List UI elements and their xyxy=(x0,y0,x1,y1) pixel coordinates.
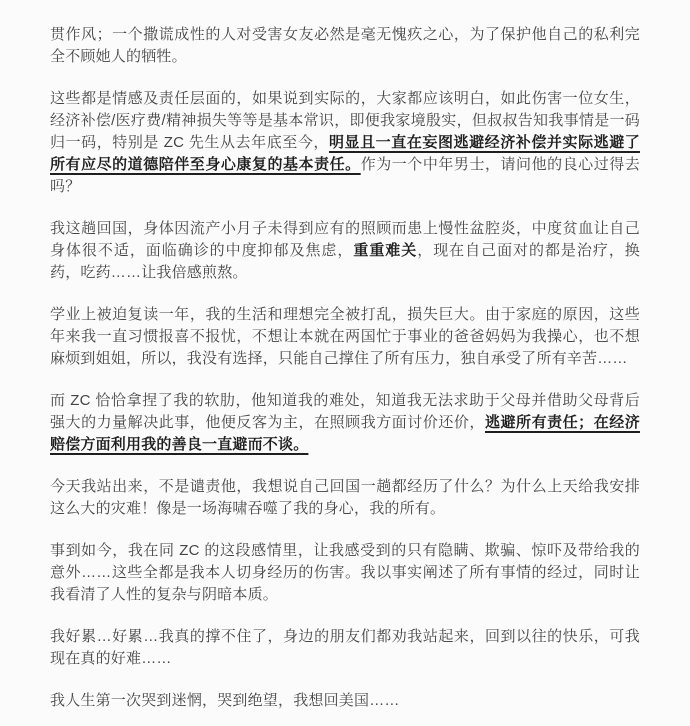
article-page: 贯作风；一个撒谎成性的人对受害女友必然是毫无愧疚之心，为了保护他自己的私利完全不… xyxy=(0,0,690,726)
text-run: 今天我站出来，不是谴责他，我想说自己回国一趟都经历了什么？为什么上天给我安排这么… xyxy=(50,478,640,517)
paragraph-4: 学业上被迫复读一年，我的生活和理想完全被打乱，损失巨大。由于家庭的原因，这些年来… xyxy=(50,304,640,370)
text-run: 学业上被迫复读一年，我的生活和理想完全被打乱，损失巨大。由于家庭的原因，这些年来… xyxy=(50,306,640,367)
paragraph-2: 这些都是情感及责任层面的，如果说到实际的，大家都应该明白，如此伤害一位女生，经济… xyxy=(50,88,640,198)
paragraph-8: 我好累…好累…我真的撑不住了，身边的朋友们都劝我站起来，回到以往的快乐，可我现在… xyxy=(50,626,640,670)
paragraph-9: 我人生第一次哭到迷惘，哭到绝望，我想回美国…… xyxy=(50,690,640,712)
text-run: 重重难关 xyxy=(353,242,417,259)
paragraph-7: 事到如今，我在同 ZC 的这段感情里，让我感受到的只有隐瞒、欺骗、惊吓及带给我的… xyxy=(50,540,640,606)
paragraph-3: 我这趟回国，身体因流产小月子未得到应有的照顾而患上慢性盆腔炎，中度贫血让自己身体… xyxy=(50,218,640,284)
paragraph-5: 而 ZC 恰恰拿捏了我的软肋，他知道我的难处，知道我无法求助于父母并借助父母背后… xyxy=(50,390,640,456)
text-run: 我好累…好累…我真的撑不住了，身边的朋友们都劝我站起来，回到以往的快乐，可我现在… xyxy=(50,628,640,667)
paragraph-1: 贯作风；一个撒谎成性的人对受害女友必然是毫无愧疚之心，为了保护他自己的私利完全不… xyxy=(50,24,640,68)
paragraph-6: 今天我站出来，不是谴责他，我想说自己回国一趟都经历了什么？为什么上天给我安排这么… xyxy=(50,476,640,520)
text-run: 事到如今，我在同 ZC 的这段感情里，让我感受到的只有隐瞒、欺骗、惊吓及带给我的… xyxy=(50,542,640,603)
text-run: 我人生第一次哭到迷惘，哭到绝望，我想回美国…… xyxy=(50,692,400,709)
text-run: 贯作风；一个撒谎成性的人对受害女友必然是毫无愧疚之心，为了保护他自己的私利完全不… xyxy=(50,26,640,65)
article-body: 贯作风；一个撒谎成性的人对受害女友必然是毫无愧疚之心，为了保护他自己的私利完全不… xyxy=(50,24,640,712)
